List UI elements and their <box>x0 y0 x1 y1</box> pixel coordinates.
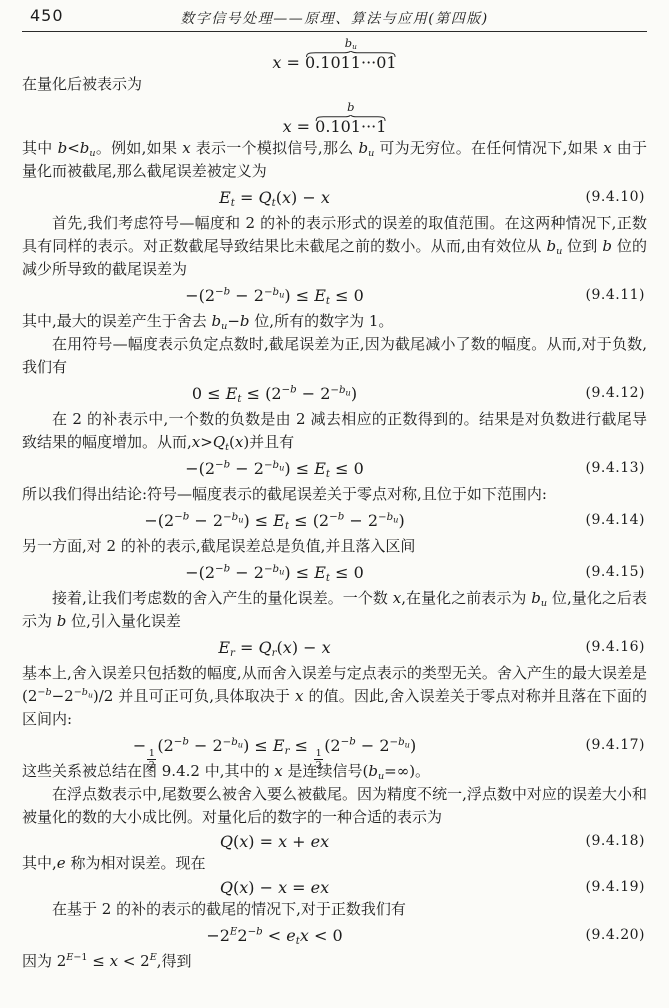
equation-9-4-10: Et = Qt(x) − x (9.4.10) <box>22 185 647 210</box>
paragraph-truncation-definition: 其中 b<bu。例如,如果 x 表示一个模拟信号,那么 bu 可为无穷位。在任何… <box>22 137 647 183</box>
equation-body: Et = Qt(x) − x <box>22 185 527 210</box>
equation-body: −2E2−b < etx < 0 <box>22 923 527 948</box>
header-rule <box>22 31 647 32</box>
equation-9-4-19: Q(x) − x = ex (9.4.19) <box>22 875 647 898</box>
paragraph-because: 因为 2E−1 ≤ x < 2E,得到 <box>22 950 647 973</box>
equation-9-4-14: −(2−b − 2−bu) ≤ Et ≤ (2−b − 2−bu) (9.4.1… <box>22 508 647 533</box>
paragraph-conclusion: 所以我们得出结论:符号—幅度表示的截尾误差关于零点对称,且位于如下范围内: <box>22 483 647 506</box>
overbrace-icon <box>305 51 397 57</box>
equation-9-4-15: −(2−b − 2−bu) ≤ Et ≤ 0 (9.4.15) <box>22 560 647 585</box>
equation-body: −(2−b − 2−bu) ≤ Et ≤ 0 <box>22 283 527 308</box>
equation-number: (9.4.20) <box>586 927 645 943</box>
equation-body: x = b0.101···1 <box>283 103 387 135</box>
equation-9-4-17: −12(2−b − 2−bu) ≤ Er ≤ 12(2−b − 2−bu) (9… <box>22 733 647 758</box>
book-page: 450 数字信号处理——原理、算法与应用(第四版) x = bu0.1011··… <box>0 0 669 973</box>
equation-body: −(2−b − 2−bu) ≤ Et ≤ (2−b − 2−bu) <box>22 508 527 533</box>
equation-9-4-18: Q(x) = x + ex (9.4.18) <box>22 829 647 852</box>
equation-body: −(2−b − 2−bu) ≤ Et ≤ 0 <box>22 456 527 481</box>
overbrace-label: bu <box>305 38 397 50</box>
equation-body: x = bu0.1011···01 <box>272 39 396 71</box>
equation-number: (9.4.17) <box>586 737 645 753</box>
equation-9-4-20: −2E2−b < etx < 0 (9.4.20) <box>22 923 647 948</box>
equation-number: (9.4.18) <box>586 833 645 849</box>
equation-number: (9.4.14) <box>586 512 645 528</box>
text-quantize-intro: 在量化后被表示为 <box>22 73 647 96</box>
paragraph-floating-point: 在浮点数表示中,尾数要么被舍入要么被截尾。因为精度不统一,浮点数中对应的误差大小… <box>22 783 647 829</box>
equation-number: (9.4.13) <box>586 460 645 476</box>
equation-body: −(2−b − 2−bu) ≤ Et ≤ 0 <box>22 560 527 585</box>
equation-body: Er = Qr(x) − x <box>22 635 527 660</box>
equation-quantized: x = b0.101···1 <box>22 103 647 135</box>
equation-body: 0 ≤ Et ≤ (2−b − 2−bu) <box>22 381 527 406</box>
paragraph-rounding-properties: 基本上,舍入误差只包括数的幅度,从而舍入误差与定点表示的类型无关。舍入产生的最大… <box>22 662 647 731</box>
equation-body: −12(2−b − 2−bu) ≤ Er ≤ 12(2−b − 2−bu) <box>22 733 527 771</box>
equation-lhs: x = <box>283 117 316 136</box>
equation-number: (9.4.16) <box>586 639 645 655</box>
page-header: 450 数字信号处理——原理、算法与应用(第四版) <box>22 6 647 26</box>
paragraph-twos-complement-truncation: 在基于 2 的补的表示的截尾的情况下,对于正数我们有 <box>22 898 647 921</box>
paragraph-twos-complement: 在 2 的补表示中,一个数的负数是由 2 减去相应的正数得到的。结果是对负数进行… <box>22 408 647 454</box>
equation-unquantized: x = bu0.1011···01 <box>22 39 647 71</box>
equation-number: (9.4.15) <box>586 564 645 580</box>
overbrace-label: b <box>315 102 386 114</box>
equation-number: (9.4.11) <box>586 287 645 303</box>
running-title: 数字信号处理——原理、算法与应用(第四版) <box>22 8 647 28</box>
paragraph-max-error: 其中,最大的误差产生于舍去 bu−b 位,所有的数字为 1。 <box>22 310 647 333</box>
overbraced-binary-number: bu0.1011···01 <box>305 39 397 71</box>
overbrace-icon <box>315 115 386 121</box>
paragraph-relative-error: 其中,e 称为相对误差。现在 <box>22 852 647 875</box>
equation-body: Q(x) − x = ex <box>22 875 527 900</box>
equation-9-4-12: 0 ≤ Et ≤ (2−b − 2−bu) (9.4.12) <box>22 381 647 406</box>
paragraph-other-hand: 另一方面,对 2 的补的表示,截尾误差总是负值,并且落入区间 <box>22 535 647 558</box>
paragraph-rounding-intro: 接着,让我们考虑数的舍入产生的量化误差。一个数 x,在量化之前表示为 bu 位,… <box>22 587 647 633</box>
overbraced-binary-number: b0.101···1 <box>315 103 386 135</box>
equation-number: (9.4.10) <box>586 189 645 205</box>
equation-body: Q(x) = x + ex <box>22 829 527 854</box>
paragraph-sign-magnitude: 在用符号—幅度表示负定点数时,截尾误差为正,因为截尾减小了数的幅度。从而,对于负… <box>22 333 647 379</box>
equation-9-4-11: −(2−b − 2−bu) ≤ Et ≤ 0 (9.4.11) <box>22 283 647 308</box>
equation-number: (9.4.12) <box>586 385 645 401</box>
paragraph-error-range-intro: 首先,我们考虑符号—幅度和 2 的补的表示形式的误差的取值范围。在这两种情况下,… <box>22 212 647 281</box>
equation-9-4-13: −(2−b − 2−bu) ≤ Et ≤ 0 (9.4.13) <box>22 456 647 481</box>
equation-lhs: x = <box>272 53 305 72</box>
equation-number: (9.4.19) <box>586 879 645 895</box>
equation-9-4-16: Er = Qr(x) − x (9.4.16) <box>22 635 647 660</box>
